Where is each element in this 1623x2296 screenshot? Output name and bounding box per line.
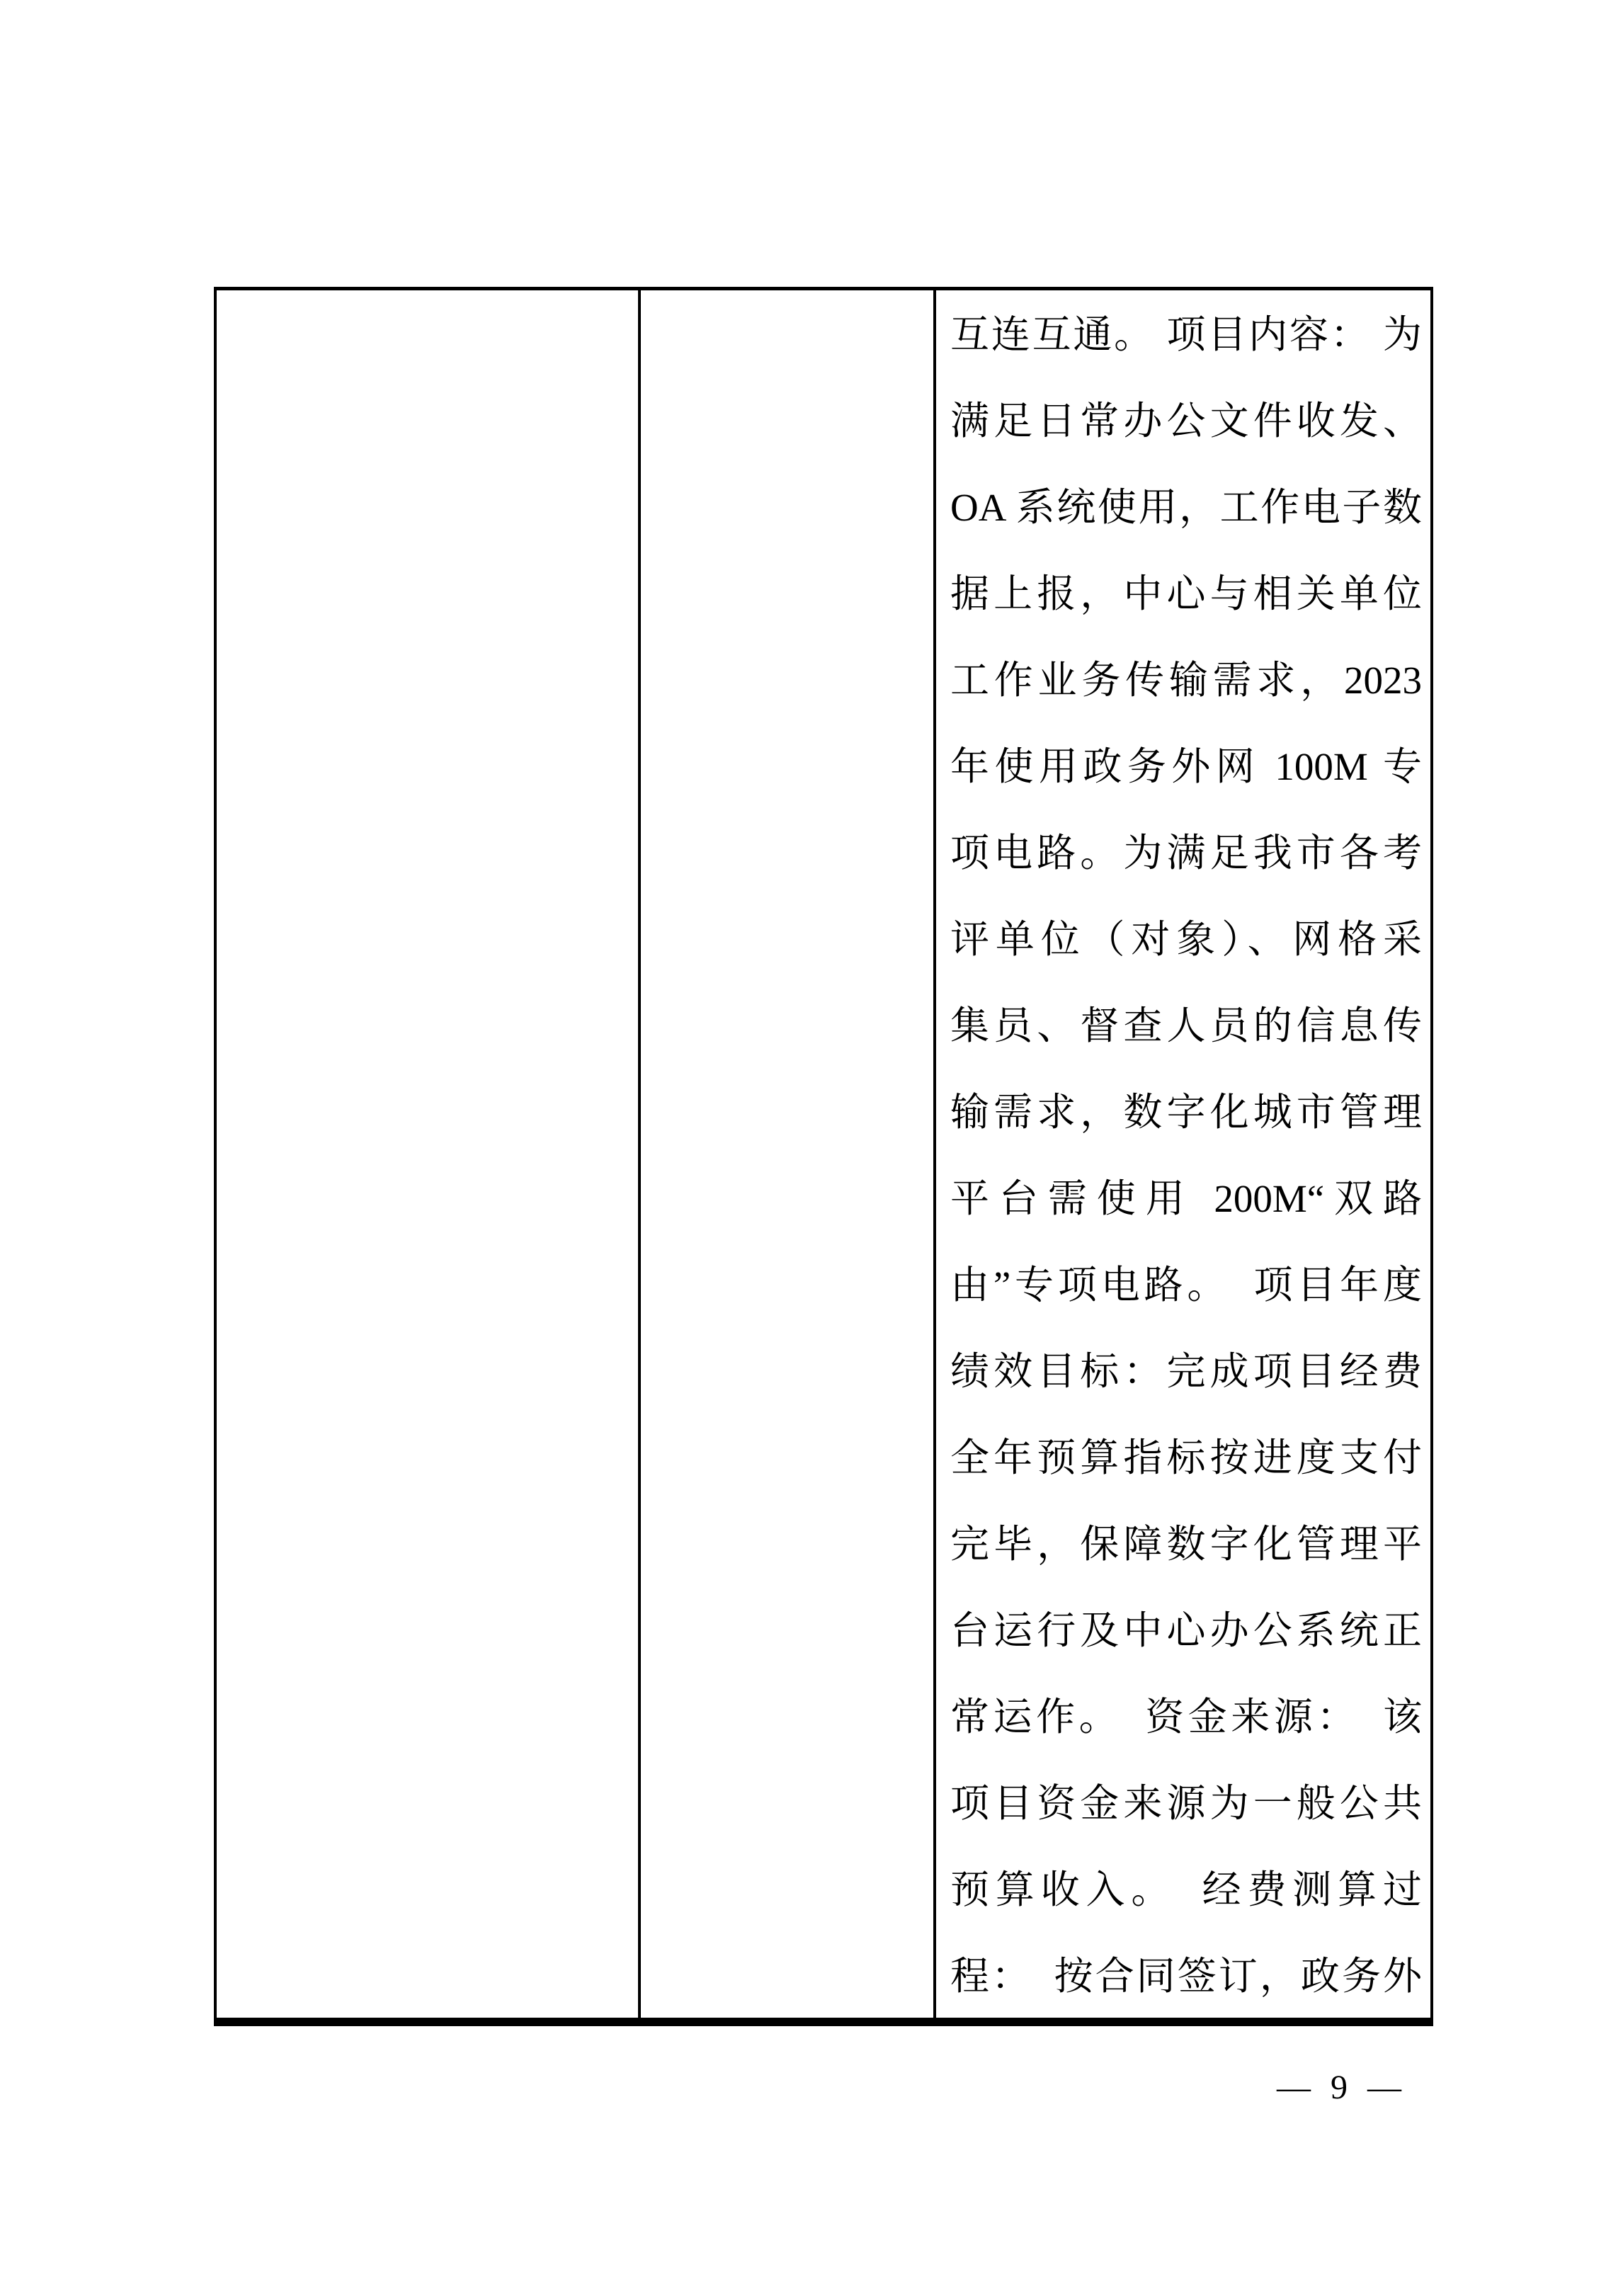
text-line: 完毕，保障数字化管理平 (950, 1501, 1422, 1588)
table-cell-project-description: 互连互通。 项目内容： 为 满足日常办公文件收发、 OA 系统使用，工作电子数 … (936, 290, 1430, 2018)
text-line: 程： 按合同签订，政务外 (950, 1933, 1422, 2018)
text-line: 集员、督查人员的信息传 (950, 983, 1422, 1069)
text-line: 项目资金来源为一般公共 (950, 1761, 1422, 1847)
document-page: 互连互通。 项目内容： 为 满足日常办公文件收发、 OA 系统使用，工作电子数 … (0, 0, 1623, 2296)
text-line: 互连互通。 项目内容： 为 (950, 292, 1422, 378)
text-line: 工作业务传输需求，2023 (950, 637, 1422, 724)
text-line: 台运行及中心办公系统正 (950, 1588, 1422, 1674)
page-number: — 9 — (1200, 2059, 1484, 2116)
table-cell-col1-empty (217, 290, 641, 2018)
text-line: 平台需使用 200M“双路 (950, 1156, 1422, 1242)
text-line: 据上报，中心与相关单位 (950, 551, 1422, 637)
text-line: 由”专项电路。 项目年度 (950, 1242, 1422, 1329)
text-line: 输需求，数字化城市管理 (950, 1069, 1422, 1156)
text-line: 绩效目标：完成项目经费 (950, 1329, 1422, 1415)
text-line: 全年预算指标按进度支付 (950, 1415, 1422, 1501)
budget-table: 互连互通。 项目内容： 为 满足日常办公文件收发、 OA 系统使用，工作电子数 … (214, 287, 1433, 2026)
text-line: 常运作。 资金来源： 该 (950, 1674, 1422, 1761)
table-cell-col2-empty (641, 290, 936, 2018)
text-line: 年使用政务外网 100M 专 (950, 724, 1422, 810)
text-line: OA 系统使用，工作电子数 (950, 465, 1422, 551)
text-line: 预算收入。 经费测算过 (950, 1847, 1422, 1933)
text-line: 满足日常办公文件收发、 (950, 378, 1422, 465)
text-line: 项电路。为满足我市各考 (950, 810, 1422, 897)
text-line: 评单位（对象）、网格采 (950, 897, 1422, 983)
